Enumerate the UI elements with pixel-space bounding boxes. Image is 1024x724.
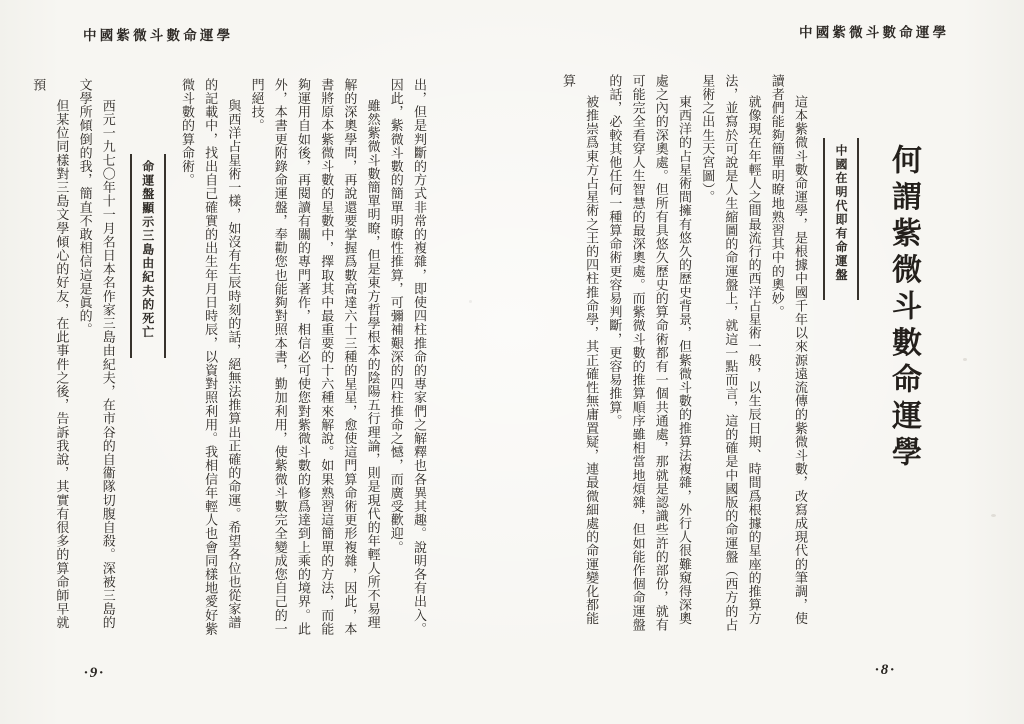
paragraph: 雖然紫微斗數簡單明瞭，但是東方哲學根本的陰陽五行理論，則是現代的年輕人所不易理解…: [245, 78, 384, 636]
running-head-left: 中國紫微斗數命運學: [83, 24, 233, 44]
scan-speckle: [991, 514, 996, 517]
paragraph: 出，但是判斷的方式非常的複雜，即使四柱推命的專家們之解釋也各異其趣。說明各有出入…: [385, 78, 431, 636]
page-number-left: ·9·: [84, 665, 105, 682]
book-spread: 中國紫微斗數命運學 中國紫微斗數命運學 何謂紫微斗數命運學 中國在明代即有命運盤…: [0, 0, 1024, 724]
section-heading-mishima: 命運盤顯示三島由紀夫的死亡: [130, 154, 166, 358]
scan-speckle: [469, 300, 472, 303]
page-number-right: ·8·: [875, 662, 896, 679]
paragraph: 與西洋占星術一樣，如沒有生辰時刻的話，絕無法推算出正確的命運。希望各位也從家譜的…: [176, 78, 246, 636]
left-page-body: 出，但是判斷的方式非常的複雜，即使四柱推命的專家們之解釋也各異其趣。說明各有出入…: [84, 78, 431, 636]
right-page-body: 何謂紫微斗數命運學 中國在明代即有命運盤 這本紫微斗數命運學，是根據中國千年以來…: [545, 74, 937, 632]
chapter-title: 何謂紫微斗數命運學: [885, 144, 921, 632]
section-heading-china-ming: 中國在明代即有命運盤: [823, 138, 859, 300]
paragraph: 東西洋的占星術間擁有悠久的歷史背景，但紫微斗數的推算法複雜，外行人很難窺得深奧處…: [603, 74, 696, 632]
paragraph: 但某位同樣對三島文學傾心的好友，在此事件之後，告訴我說，其實有很多的算命師早就預: [27, 78, 73, 636]
paragraph: 就像現在年輕人之間最流行的西洋占星術一般，以生辰日期、時間爲根據的星座的推算方法…: [696, 74, 766, 632]
paragraph: 西元一九七〇年十一月名日本名作家三島由紀夫，在市谷的自衞隊切腹自殺。深被三島的文…: [73, 78, 119, 636]
running-head-right: 中國紫微斗數命運學: [799, 21, 949, 41]
paragraph: 這本紫微斗數命運學，是根據中國千年以來源遠流傳的紫微斗數，改寫成現代的筆調，使讀…: [766, 74, 812, 632]
paragraph: 被推崇爲東方占星術之王的四柱推命學，其正確性無庸置疑，連最微細處的命運變化都能算: [557, 74, 603, 632]
scan-speckle: [963, 358, 967, 361]
